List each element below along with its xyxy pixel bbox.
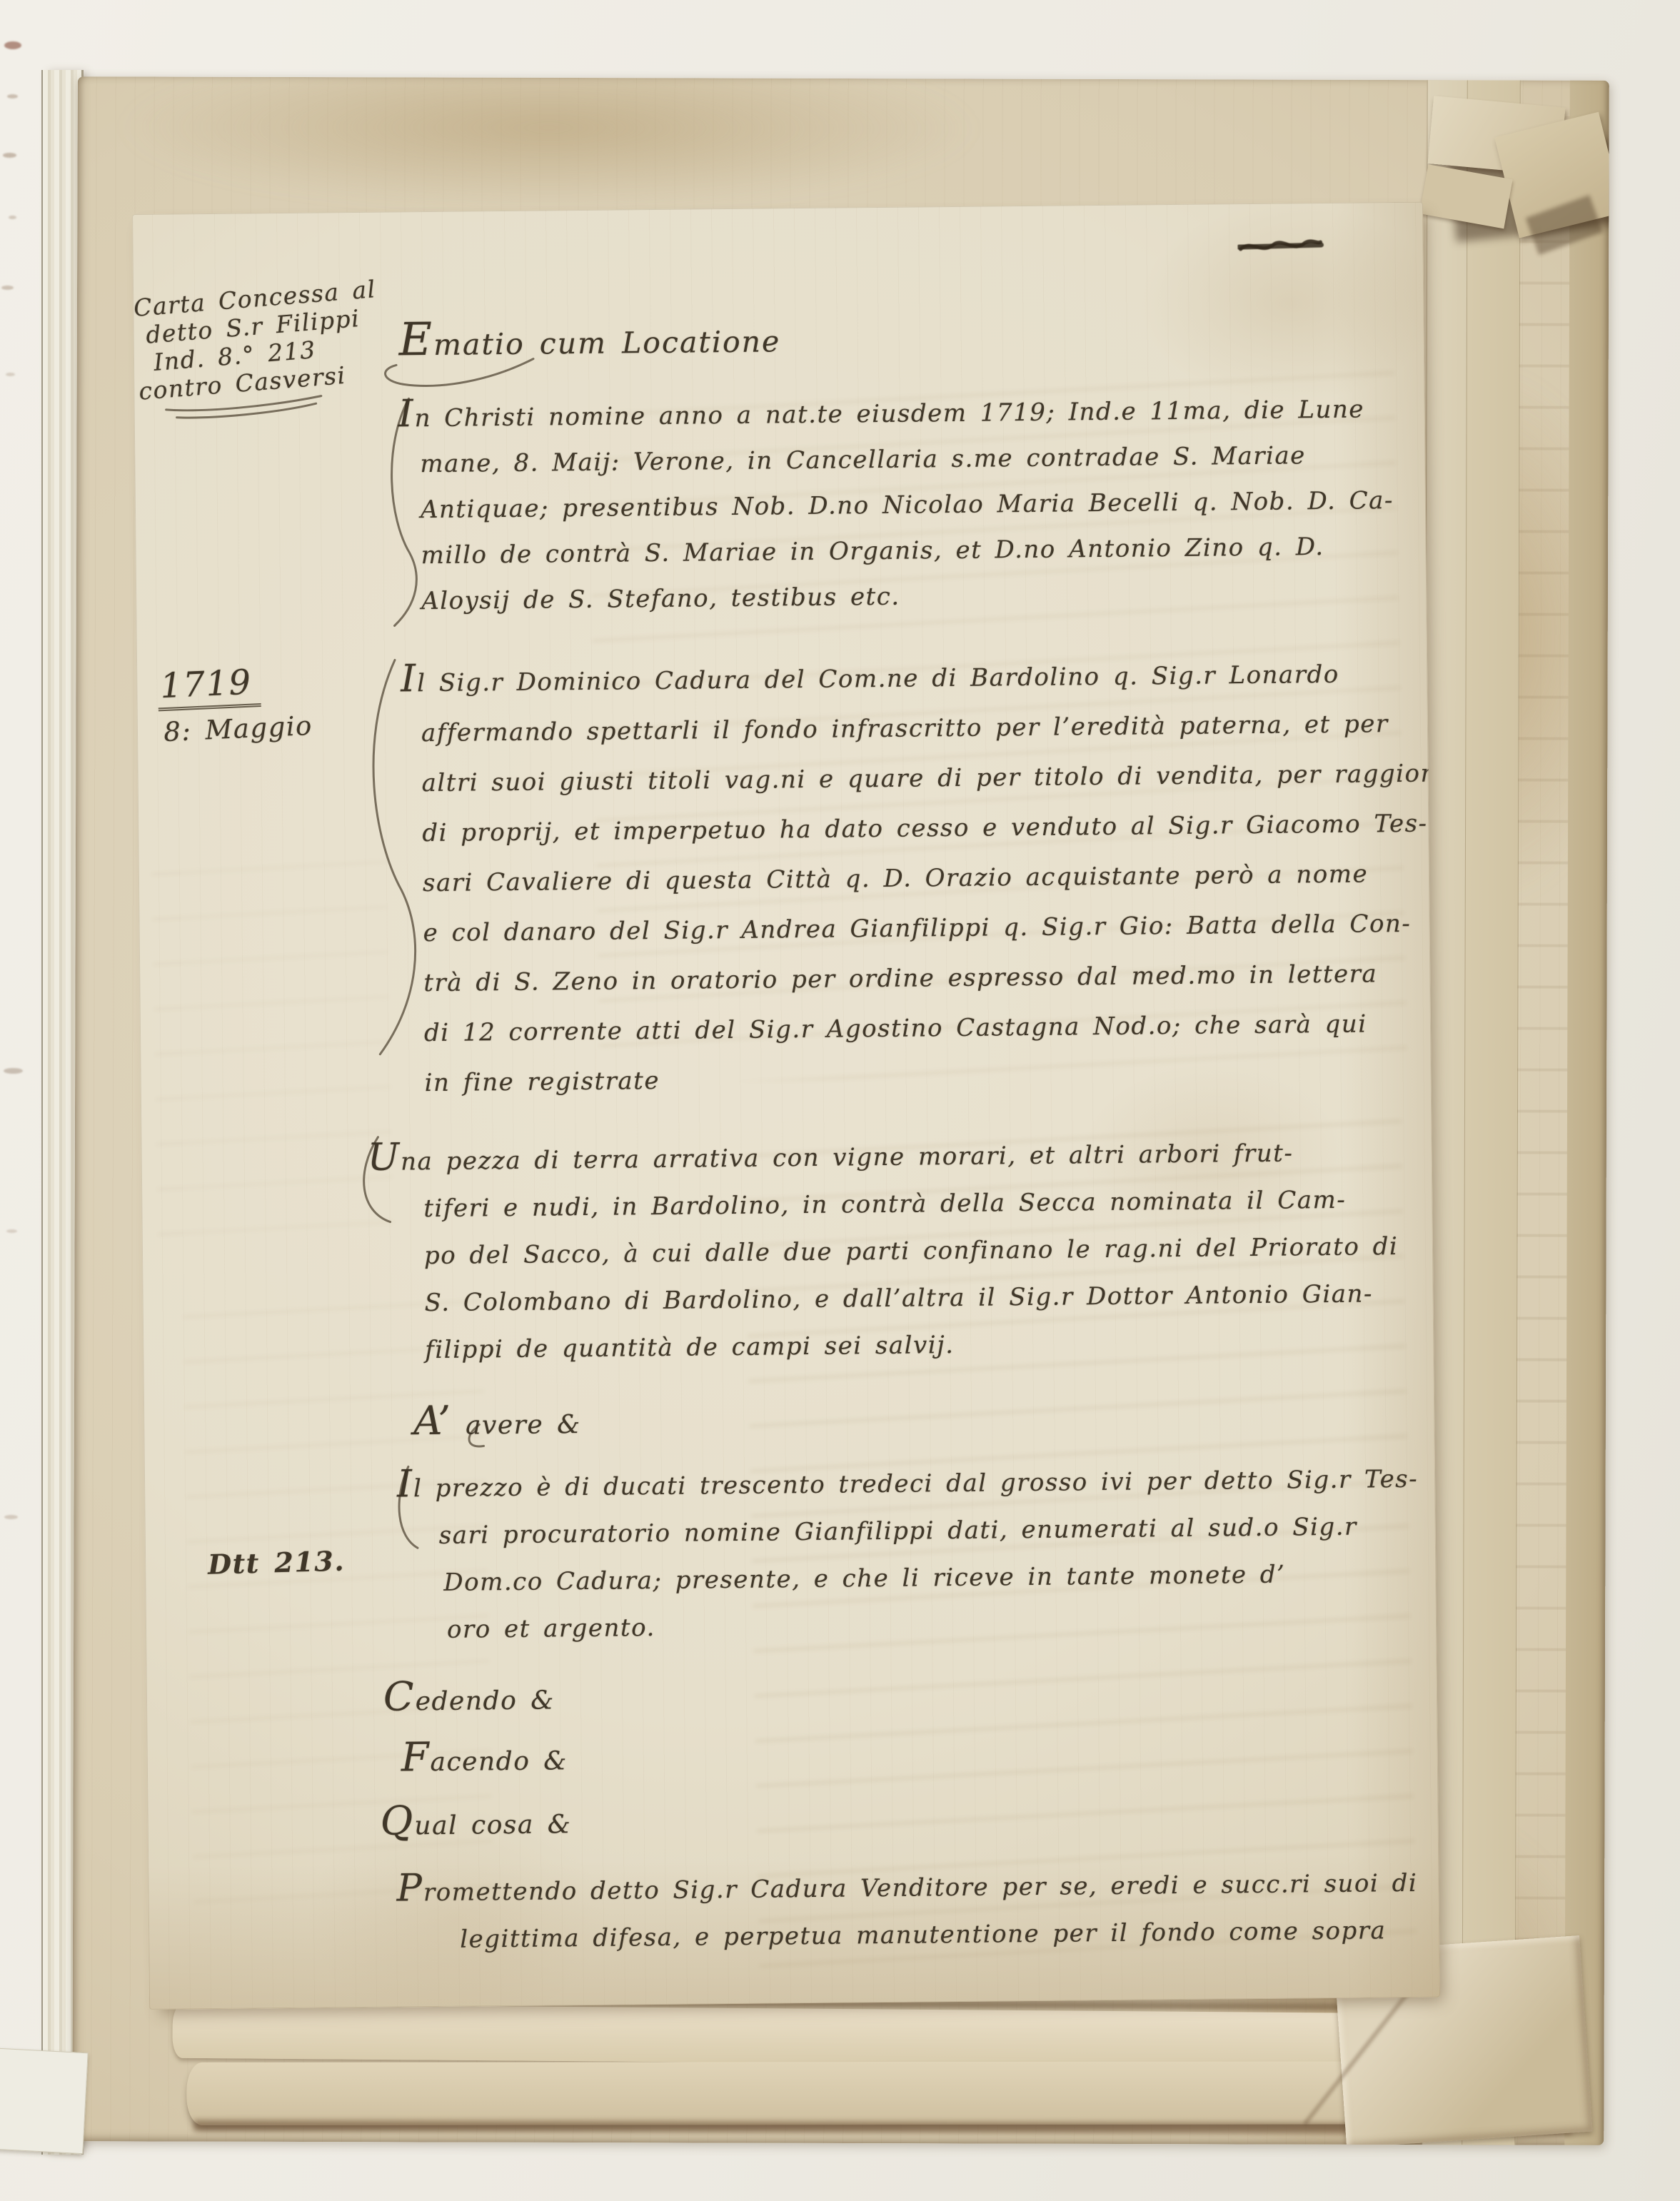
ink-speck xyxy=(9,216,16,219)
clause-habendum: A’ avere & xyxy=(413,1396,581,1444)
text-line: Una pezza di terra arrativa con vigne mo… xyxy=(367,1124,1397,1186)
ink-speck xyxy=(6,373,15,376)
ink-speck xyxy=(4,1068,23,1074)
text-line: Il Sig.r Dominico Cadura del Com.ne di B… xyxy=(401,644,1437,708)
paragraph-price: Il prezzo è di ducati trescento tredeci … xyxy=(438,1451,1420,1653)
crossed-out-scribble xyxy=(1237,236,1324,263)
page-edge xyxy=(1514,80,1571,2145)
ink-speck xyxy=(6,1229,17,1233)
page-edge xyxy=(1564,81,1609,2145)
text-line: S. Colombano di Bardolino, e dall’altra … xyxy=(424,1270,1399,1326)
margin-date-note: 1719 8: Maggio xyxy=(156,660,313,747)
text-line: in fine registrate xyxy=(424,1048,1440,1108)
paragraph-parties: Il Sig.r Dominico Cadura del Com.ne di B… xyxy=(421,644,1440,1108)
ink-speck xyxy=(4,41,21,49)
text-line: millo de contrà S. Mariae in Organis, et… xyxy=(421,523,1394,578)
paragraph-promise: Promettendo detto Sig.r Cadura Venditore… xyxy=(426,1855,1418,1963)
text-line: legittima difesa, e perpetua manutention… xyxy=(460,1907,1418,1963)
paper-stain xyxy=(120,76,977,207)
show-through-text xyxy=(151,839,393,1243)
paragraph-property: Una pezza di terra arrativa con vigne mo… xyxy=(423,1124,1399,1374)
margin-day: 8: Maggio xyxy=(163,710,313,747)
text-line: di 12 corrente atti del Sig.r Agostino C… xyxy=(424,998,1440,1058)
document-heading: Ematio cum Locatione xyxy=(398,309,780,366)
clause-qualcosa: Qual cosa & xyxy=(380,1796,571,1845)
page-edge xyxy=(1462,80,1521,2145)
page-edge xyxy=(172,2004,1515,2069)
ink-speck xyxy=(4,1515,18,1519)
text-line: filippi de quantità de campi sei salvij. xyxy=(425,1317,1399,1374)
bottom-left-page-corner xyxy=(0,2048,89,2154)
margin-ducats-note: Dtt 213. xyxy=(208,1545,346,1581)
text-line: Dom.co Cadura; presente, e che li riceve… xyxy=(443,1550,1419,1606)
ink-speck xyxy=(3,153,16,158)
manuscript-scan: Carta Concessa al detto S.r Filippi Ind.… xyxy=(0,0,1680,2201)
paragraph-invocation: In Christi nomine anno a nat.te eiusdem … xyxy=(419,382,1394,624)
text-line: Il prezzo è di ducati trescento tredeci … xyxy=(397,1451,1419,1513)
text-line: In Christi nomine anno a nat.te eiusdem … xyxy=(398,382,1393,441)
ink-speck xyxy=(7,94,18,99)
text-line: Promettendo detto Sig.r Cadura Venditore… xyxy=(396,1855,1417,1917)
clause-facendo: Facendo & xyxy=(401,1733,568,1781)
clause-cedendo: Cedendo & xyxy=(383,1672,555,1720)
ink-speck xyxy=(1,286,14,290)
text-line: Aloysij de S. Stefano, testibus etc. xyxy=(421,569,1395,624)
margin-year: 1719 xyxy=(156,662,261,711)
document-sheet: Carta Concessa al detto S.r Filippi Ind.… xyxy=(132,202,1440,2010)
text-line: oro et argento. xyxy=(447,1597,1420,1653)
margin-filing-note: Carta Concessa al detto S.r Filippi Ind.… xyxy=(133,275,386,433)
